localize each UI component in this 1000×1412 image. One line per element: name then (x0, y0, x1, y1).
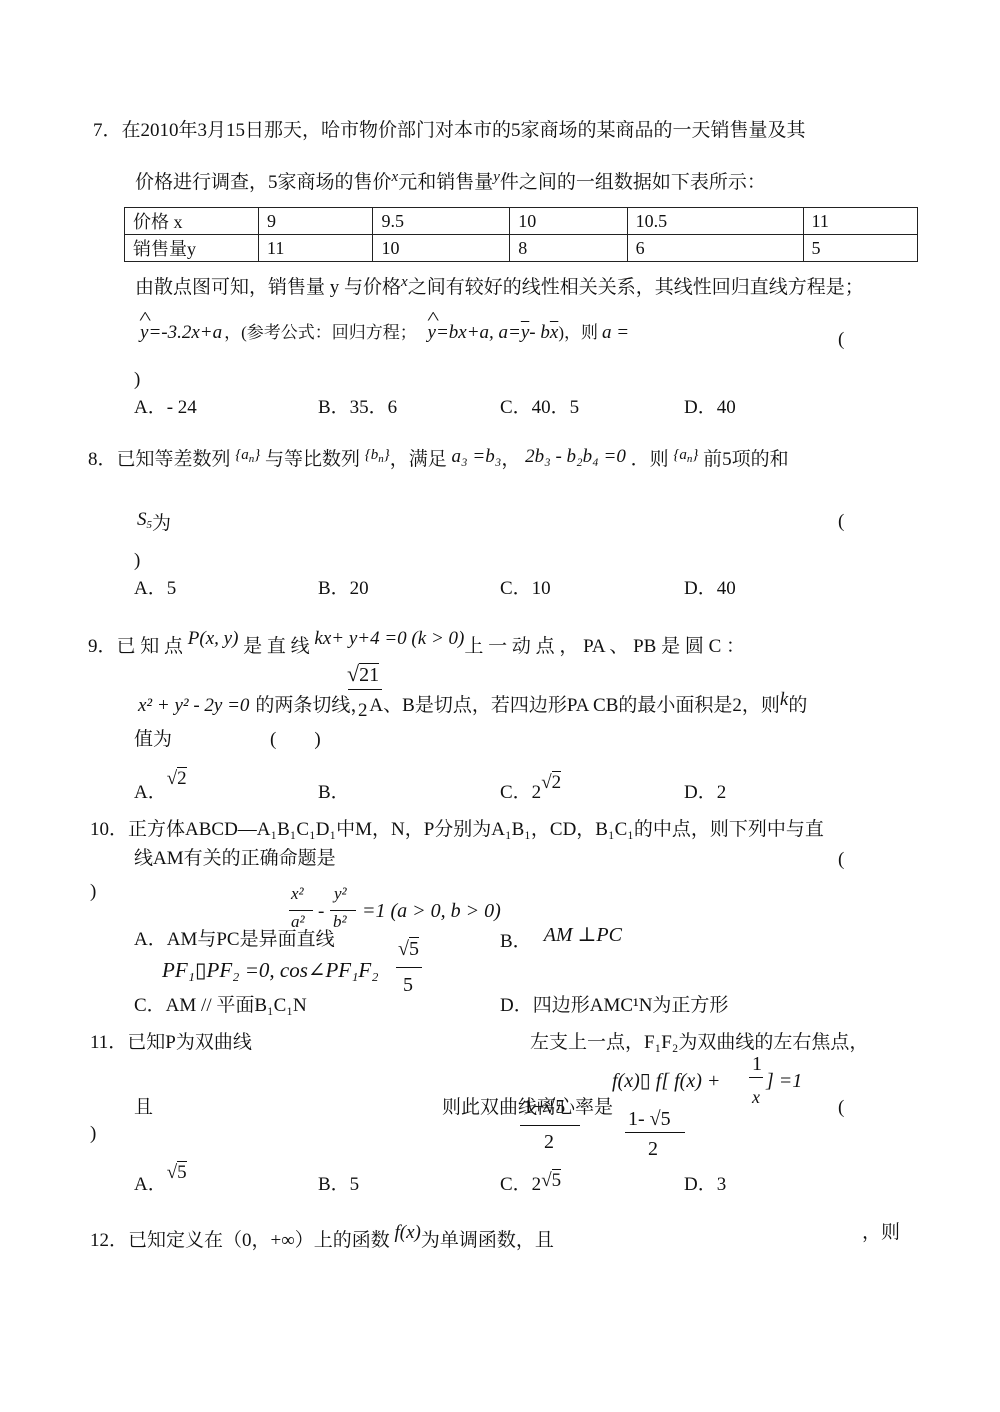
option-d: D．3 (684, 1175, 726, 1194)
q12-line1: 12．已知定义在（0，+∞）上的函数 f(x)为单调函数，且 (90, 1223, 554, 1250)
option-a: A．√5 (134, 1175, 187, 1194)
line-equation: kx+ y+4 =0 (k > 0) (314, 628, 464, 649)
option-b: B．AM ⊥PC (500, 925, 622, 945)
answer-paren-close: ) (90, 882, 96, 901)
option-c-label: C．2 (500, 1174, 541, 1195)
table-cell: 11 (803, 208, 917, 235)
option-d: D．40 (684, 579, 736, 598)
q7-line3: 由散点图可知，销售量 y 与价格x之间有较好的线性相关关系，其线性回归直线方程是… (135, 275, 864, 297)
sqrt21-radicand: 21 (359, 663, 379, 686)
option-c: C．2√5 (500, 1175, 561, 1194)
q8-text-d: ．则 (631, 449, 669, 470)
answer-paren-close: ) (90, 1124, 96, 1143)
radicand: 5 (177, 1161, 187, 1183)
func-frac-num: 1 (752, 1054, 762, 1074)
answer-paren-open: ( (838, 850, 844, 869)
answer-paren-open: ( (838, 1098, 844, 1117)
s-label: S (137, 509, 147, 530)
bn-label: {b (365, 447, 379, 463)
sum-s5: S5 (137, 509, 152, 530)
var-x: x (401, 274, 408, 290)
vector-dot-expression: PF₁▯PF₂ =0, cos∠PF₁F₂ (162, 960, 379, 981)
hyperbola-equation-rest: =1 (a > 0, b > 0) (362, 901, 501, 921)
condition-1: a₃ =b₃ (452, 446, 502, 467)
option-d: D．40 (684, 398, 736, 417)
sequence-bn: {bn} (365, 447, 390, 463)
q9-line2: x² + y² - 2y =0的两条切线，A、B是切点，若四边形PA CB的最小… (138, 690, 807, 715)
radicand: 5 (552, 1169, 562, 1191)
q8-line2: S5为 (137, 510, 171, 533)
q11-qie: 且 (134, 1098, 153, 1117)
sqrt-2: √2 (541, 772, 561, 793)
functional-equation: f(x)▯ f[ f(x) + (612, 1071, 720, 1091)
option-c: C．AM // 平面B₁C₁N (134, 996, 307, 1015)
q10-line2: 线AM有关的正确命题是 (134, 849, 336, 868)
functional-equation-end: ] =1 (766, 1071, 802, 1091)
q9-zhi-wei: 值为 (134, 729, 172, 750)
q7-line2-text-b: 元和销售量 (398, 172, 493, 193)
q8-text-e: 前5项的和 (703, 449, 789, 470)
option-b: B．20 (318, 579, 369, 598)
fraction-1-num: 1+√5 (523, 1097, 565, 1117)
q8-wei: 为 (152, 513, 171, 534)
q8-line1: 8．已知等差数列 {an} 与等比数列 {bn}，满足 a₃ =b₃， 2b₃ … (88, 447, 789, 469)
q7-line4: y=-3.2x+a，(参考公式：回归方程； y=bx+a, a=y- bx)，则… (140, 323, 629, 342)
table-cell: 9.5 (373, 208, 510, 235)
option-b: B． (318, 783, 350, 802)
option-c: C．2√2 (500, 783, 561, 802)
hyperbola-b2: b² (333, 913, 347, 930)
answer-paren-close: ) (134, 370, 140, 389)
answer-paren: ( ) (270, 729, 321, 750)
option-a-label: A． (134, 1174, 167, 1195)
hyperbola-bar-1 (289, 910, 313, 911)
q12-then: ，则 (862, 1223, 900, 1242)
q8-text-b: 与等比数列 (265, 449, 360, 470)
an-sub: n (249, 453, 255, 465)
answer-paren-open: ( (838, 512, 844, 531)
hyperbola-y2: y² (334, 885, 347, 902)
table-cell: 11 (259, 235, 373, 262)
q9-text-a: 9．已 知 点 (88, 636, 183, 657)
q7-line2-text-c: 件之间的一组数据如下表所示： (500, 172, 766, 193)
condition-2: 2b₃ - b₂b₄ =0 (525, 446, 626, 467)
q12-text-a: 12．已知定义在（0，+∞）上的函数 (90, 1230, 390, 1251)
sqrt21-overlay: √21 (347, 663, 379, 685)
circle-equation: x² + y² - 2y =0 (138, 695, 249, 716)
radicand: 2 (177, 767, 187, 789)
sequence-an: {an} (235, 447, 260, 463)
sqrt21-denominator: 2 (358, 701, 368, 720)
formula-minus-b: - b (529, 322, 550, 343)
table-cell: 10 (510, 208, 627, 235)
answer-paren-close: ) (134, 551, 140, 570)
cos-fraction-num: √5 (398, 939, 419, 959)
option-b: B．5 (318, 1175, 359, 1194)
table-cell: 8 (510, 235, 627, 262)
point-p: P(x, y) (188, 628, 239, 649)
table-row-label: 销售量y (125, 235, 259, 262)
q9-de: 的 (788, 695, 807, 716)
option-c: C．40．5 (500, 398, 579, 417)
sequence-an-2: {an} (673, 447, 698, 463)
a-equals: a = (602, 322, 629, 343)
regression-equation: =-3.2x+a (148, 322, 222, 343)
formula-yhat: y (428, 323, 436, 342)
option-a: A．AM与PC是异面直线 (134, 930, 335, 949)
q7-line3-text-b: 之间有较好的线性相关关系，其线性回归直线方程是； (408, 277, 864, 298)
table-row-label: 价格 x (125, 208, 259, 235)
option-d: D．2 (684, 783, 726, 802)
table-cell: 9 (259, 208, 373, 235)
an-label: {a (673, 447, 687, 463)
q9-text-b: 是 直 线 (243, 636, 310, 657)
q9-line1: 9．已 知 点 P(x, y) 是 直 线 kx+ y+4 =0 (k > 0)… (88, 629, 745, 656)
var-y: y (493, 169, 500, 185)
formula-main: =bx+a, a= (436, 322, 521, 343)
q10-line1: 10．正方体ABCD—A₁B₁C₁D₁中M，N，P分别为A₁B₁，CD，B₁C₁… (90, 820, 824, 839)
fraction-2-den: 2 (648, 1139, 658, 1159)
perpendicular-expr: AM ⊥PC (544, 924, 622, 946)
table-cell: 6 (627, 235, 803, 262)
radicand: 2 (552, 771, 562, 793)
func-frac-den: x (752, 1088, 760, 1106)
option-a: A．- 24 (134, 398, 197, 417)
q9-text-c: 上 一 动 点 ， PA 、 PB 是 圆 C ： (464, 636, 745, 657)
price-sales-table: 价格 x 9 9.5 10 10.5 11 销售量y 11 10 8 6 5 (124, 207, 918, 262)
q7-line2-text-a: 价格进行调查，5家商场的售价 (135, 172, 392, 193)
an-sub: n (687, 453, 693, 465)
table-row: 价格 x 9 9.5 10 10.5 11 (125, 208, 918, 235)
table-cell: 10 (373, 235, 510, 262)
q7-line3-text-a: 由散点图可知，销售量 y 与价格 (135, 277, 401, 298)
option-a: A．√2 (134, 783, 187, 802)
option-a-label: A． (134, 782, 167, 803)
table-cell: 5 (803, 235, 917, 262)
fraction-1-bar (520, 1125, 580, 1126)
q7-line2: 价格进行调查，5家商场的售价x元和销售量y件之间的一组数据如下表所示： (135, 170, 766, 192)
func-frac-bar (749, 1077, 763, 1078)
table-cell: 10.5 (627, 208, 803, 235)
q8-text-a: 8．已知等差数列 (88, 449, 231, 470)
q11-line1a: 11．已知P为双曲线 (90, 1033, 252, 1052)
fraction-2-num: 1- √5 (628, 1109, 671, 1129)
bn-sub: n (378, 453, 384, 465)
sqrt-2: √2 (167, 768, 187, 789)
reference-label: ，(参考公式：回归方程； (224, 323, 417, 342)
regression-equation-yhat: y (140, 323, 148, 342)
hyperbola-minus: - (318, 902, 324, 921)
comma: ， (501, 449, 520, 470)
q12-text-b: 为单调函数，且 (421, 1230, 554, 1251)
hyperbola-bar-2 (330, 910, 356, 911)
function-fx: f(x) (395, 1222, 421, 1243)
an-label: {a (235, 447, 249, 463)
answer-paren-open: ( (838, 330, 844, 349)
cos-fraction-den: 5 (403, 975, 413, 995)
option-c-label: C．2 (500, 782, 541, 803)
sqrt-5: √5 (541, 1170, 561, 1191)
table-row: 销售量y 11 10 8 6 5 (125, 235, 918, 262)
fraction-2-bar (625, 1132, 685, 1133)
hyperbola-a2: a² (291, 913, 305, 930)
option-a: A．5 (134, 579, 176, 598)
option-b-label: B． (500, 931, 532, 952)
option-b: B．35．6 (318, 398, 397, 417)
hyperbola-x2: x² (291, 885, 304, 902)
q8-text-c: ，满足 (390, 449, 447, 470)
sqrt-5: √5 (167, 1162, 187, 1183)
option-c: C．10 (500, 579, 551, 598)
cos-fraction-bar (396, 967, 422, 968)
q11-line1b: 左支上一点，F₁F₂为双曲线的左右焦点， (530, 1033, 868, 1052)
fraction-1-den: 2 (544, 1132, 554, 1152)
q9-line2-text: 的两条切线，A、B是切点，若四边形PA CB的最小面积是2，则 (255, 695, 780, 716)
radicand: 5 (409, 937, 419, 960)
close-then: )，则 (558, 323, 598, 342)
option-d: D．四边形AMC¹N为正方形 (500, 996, 728, 1015)
q7-line1: 7．在2010年3月15日那天，哈市物价部门对本市的5家商场的某商品的一天销售量… (93, 121, 806, 140)
q9-line3: 值为( ) (134, 730, 321, 749)
